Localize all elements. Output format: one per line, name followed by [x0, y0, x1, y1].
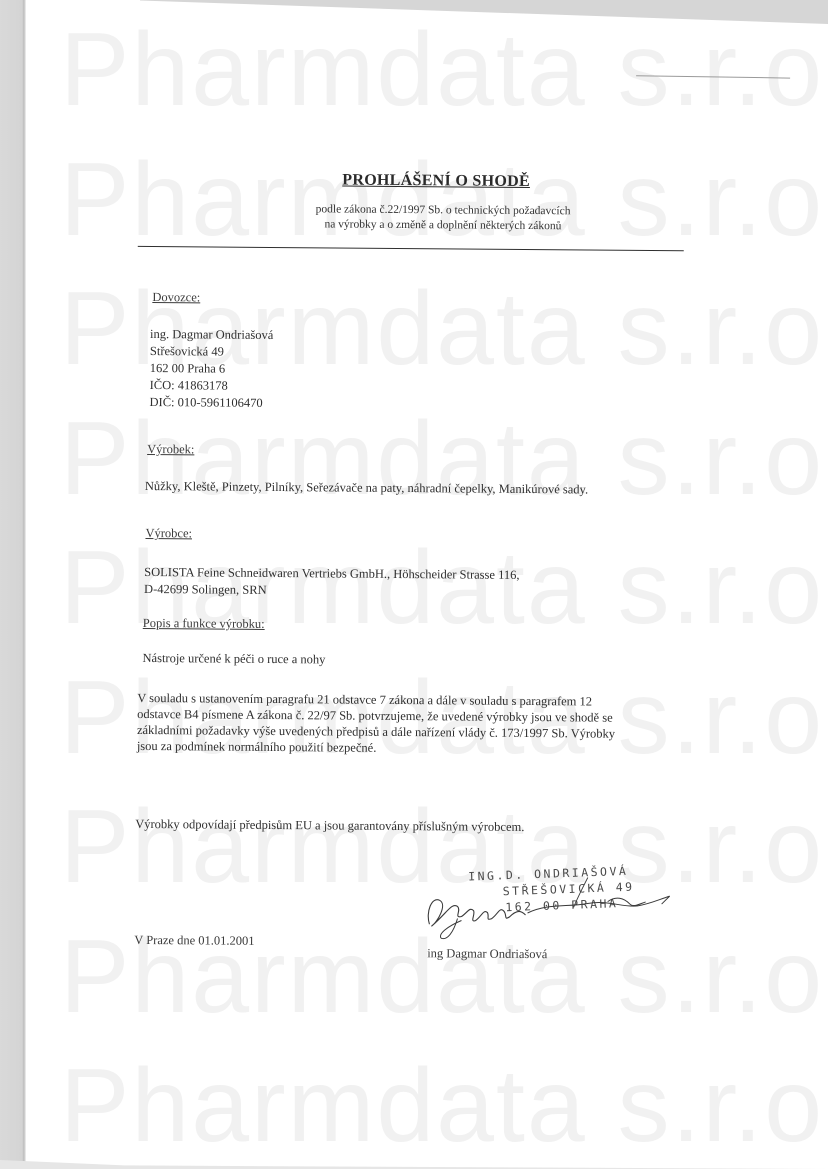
handwritten-signature [417, 872, 678, 944]
document-title: PROHLÁŠENÍ O SHODĚ [342, 172, 530, 191]
importer-label: Dovozce: [152, 290, 200, 305]
manufacturer-address: SOLISTA Feine Schneidwaren Vertriebs Gmb… [144, 564, 520, 601]
manufacturer-label: Výrobce: [145, 526, 192, 541]
compliance-paragraph: V souladu s ustanovením paragrafu 21 ods… [137, 690, 707, 758]
product-label: Výrobek: [147, 442, 194, 457]
subtitle-line: na výrobky a o změně a doplnění některýc… [253, 217, 633, 235]
top-right-rule [636, 75, 790, 78]
eu-statement: Výrobky odpovídají předpisům EU a jsou g… [135, 816, 524, 836]
importer-address: ing. Dagmar Ondriašová Střešovická 49 16… [149, 326, 273, 412]
place-date: V Praze dne 01.01.2001 [134, 933, 254, 949]
importer-dic: DIČ: 010-5961106470 [149, 394, 272, 412]
manufacturer-line: D-42699 Solingen, SRN [144, 581, 519, 601]
signer-name: ing Dagmar Ondriašová [427, 946, 547, 962]
description-text: Nástroje určené k péči o ruce a nohy [142, 650, 325, 668]
paragraph-line: jsou za podmínek normálního použití bezp… [137, 738, 707, 758]
document-page: PROHLÁŠENÍ O SHODĚ podle zákona č.22/199… [0, 0, 828, 1169]
importer-street: Střešovická 49 [150, 343, 273, 361]
description-label: Popis a funkce výrobku: [143, 616, 265, 632]
document-subtitle: podle zákona č.22/1997 Sb. o technických… [253, 202, 633, 235]
product-text: Nůžky, Kleště, Pinzety, Pilníky, Seřezáv… [145, 478, 588, 498]
importer-name: ing. Dagmar Ondriašová [150, 326, 273, 344]
importer-ico: IČO: 41863178 [150, 377, 273, 395]
header-divider [138, 246, 684, 251]
importer-city: 162 00 Praha 6 [150, 360, 273, 378]
